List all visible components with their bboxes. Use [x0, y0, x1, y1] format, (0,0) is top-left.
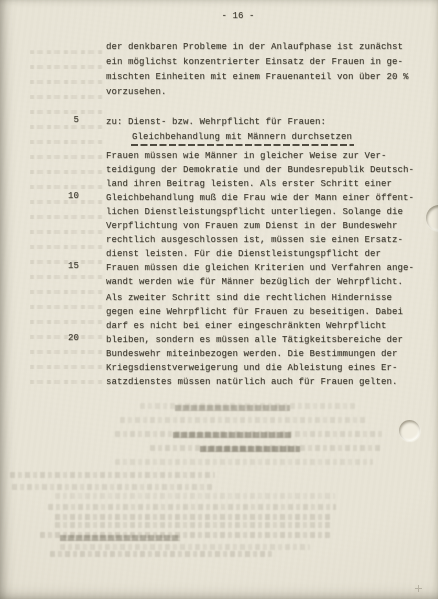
bleedthrough-heading-segment — [200, 446, 300, 452]
hole-punch-lower — [399, 420, 420, 441]
text-line: Gleichbehandlung muß die Frau wie der Ma… — [106, 191, 414, 205]
bleedthrough-line — [50, 551, 272, 557]
bleedthrough-line — [10, 472, 215, 478]
bleedthrough-line — [55, 493, 335, 499]
margin-line-number-20: 20 — [59, 333, 79, 343]
bleedthrough-line — [55, 514, 333, 520]
text-line: bleiben, sondern es müssen alle Tätigkei… — [106, 333, 403, 347]
text-line: vorzusehen. — [106, 85, 409, 100]
text-line: Kriegsdienstverweigerung und die Ableist… — [106, 361, 403, 375]
text-line: lichen Dienstleistungspflicht unterliege… — [106, 205, 414, 219]
bleedthrough-line — [55, 522, 333, 528]
section-intro-line: zu: Dienst- bzw. Wehrpflicht für Frauen: — [106, 115, 326, 129]
text-line: satzdienstes müssen natürlich auch für F… — [106, 375, 403, 389]
text-line: Frauen müssen wie Männer in gleicher Wei… — [106, 149, 414, 163]
bleedthrough-line — [12, 484, 212, 490]
bleedthrough-line — [60, 544, 310, 550]
margin-line-number-5: 5 — [59, 115, 79, 125]
text-line: Bundeswehr miteinbezogen werden. Die Bes… — [106, 347, 403, 361]
text-line: wandt werden wie für Männer bezüglich de… — [106, 275, 414, 289]
registration-mark — [415, 585, 422, 592]
text-line: gegen eine Wehrpflicht für Frauen zu bes… — [106, 305, 403, 319]
text-line: dienst leisten. Für die Dienstleistungsp… — [106, 247, 414, 261]
section-heading: Gleichbehandlung mit Männern durchsetzen — [132, 130, 352, 144]
bleedthrough-line — [120, 417, 365, 423]
page-number: - 16 - — [213, 11, 263, 21]
text-line: rechtlich ausgeschlossen ist, müssen sie… — [106, 233, 414, 247]
intro-paragraph: der denkbaren Probleme in der Anlaufphas… — [106, 40, 409, 100]
margin-line-number-15: 15 — [59, 261, 79, 271]
text-line: darf es nicht bei einer eingeschränkten … — [106, 319, 403, 333]
text-line: land ihren Beitrag leisten. Als erster S… — [106, 177, 414, 191]
text-line: mischten Einheiten mit einem Frauenantei… — [106, 70, 409, 85]
bleedthrough-heading-segment — [175, 405, 290, 411]
paragraph-equal-treatment: Frauen müssen wie Männer in gleicher Wei… — [106, 149, 414, 289]
paragraph-second-step: Als zweiter Schritt sind die rechtlichen… — [106, 291, 403, 389]
text-line: Frauen müssen die gleichen Kriterien und… — [106, 261, 414, 275]
margin-line-number-10: 10 — [59, 191, 79, 201]
bleedthrough-heading-segment — [173, 432, 291, 438]
hole-punch-upper — [426, 205, 438, 231]
bleedthrough-line — [115, 459, 373, 465]
document-page: - 16 - 5 10 15 20 der denkbaren Probleme… — [0, 0, 438, 599]
text-line: der denkbaren Probleme in der Anlaufphas… — [106, 40, 409, 55]
text-line: Als zweiter Schritt sind die rechtlichen… — [106, 291, 403, 305]
text-line: ein möglichst konzentrierter Einsatz der… — [106, 55, 409, 70]
bleedthrough-line — [48, 504, 336, 510]
text-line: teidigung der Demokratie und der Bundesr… — [106, 163, 414, 177]
bleedthrough-heading-segment — [60, 535, 180, 541]
text-line: Verpflichtung von Frauen zum Dienst in d… — [106, 219, 414, 233]
